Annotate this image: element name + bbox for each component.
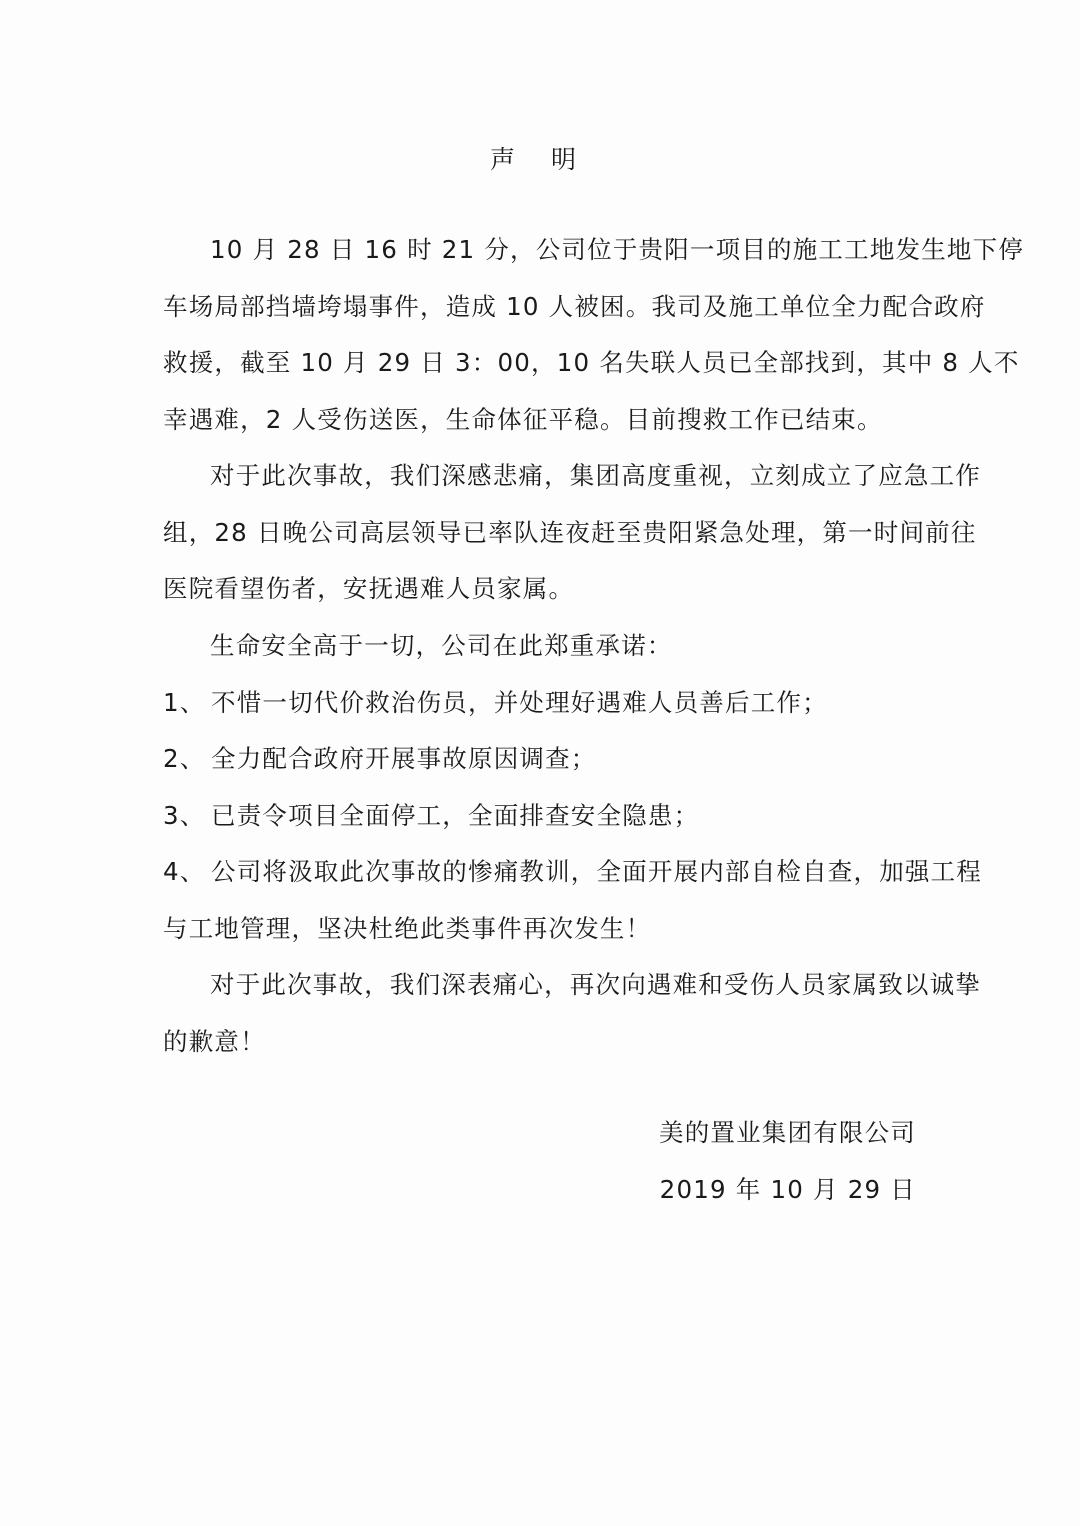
paragraph-2-line-3: 医院看望伤者，安抚遇难人员家属。 (163, 569, 923, 609)
commitment-2: 2、全力配合政府开展事故原因调查； (163, 739, 923, 779)
paragraph-1-line-3: 救援，截至 10 月 29 日 3：00，10 名失联人员已全部找到，其中 8 … (163, 343, 923, 383)
commitment-text: 已责令项目全面停工，全面排查安全隐患； (211, 801, 699, 830)
paragraph-1-line-2: 车场局部挡墙垮塌事件，造成 10 人被困。我司及施工单位全力配合政府 (163, 287, 923, 327)
closing-line-2: 的歉意！ (163, 1022, 923, 1062)
document-title: 声 明 (0, 140, 1080, 180)
commitment-4: 4、公司将汲取此次事故的惨痛教训，全面开展内部自检自查，加强工程 (163, 852, 923, 892)
commitment-text: 全力配合政府开展事故原因调查； (211, 744, 597, 773)
paragraph-1-line-4: 幸遇难，2 人受伤送医，生命体征平稳。目前搜救工作已结束。 (163, 400, 923, 440)
commitment-number: 4、 (163, 852, 211, 892)
commitment-text: 公司将汲取此次事故的惨痛教训，全面开展内部自检自查，加强工程 (211, 857, 982, 886)
paragraph-1-line-1: 10 月 28 日 16 时 21 分，公司位于贵阳一项目的施工工地发生地下停 (210, 230, 970, 270)
commitment-number: 3、 (163, 796, 211, 836)
paragraph-2-line-1: 对于此次事故，我们深感悲痛，集团高度重视，立刻成立了应急工作 (210, 456, 970, 496)
commitment-text: 不惜一切代价救治伤员，并处理好遇难人员善后工作； (211, 688, 828, 717)
commitment-3: 3、已责令项目全面停工，全面排查安全隐患； (163, 796, 923, 836)
document-page: 声 明 10 月 28 日 16 时 21 分，公司位于贵阳一项目的施工工地发生… (0, 0, 1080, 1526)
commitment-1: 1、不惜一切代价救治伤员，并处理好遇难人员善后工作； (163, 683, 923, 723)
paragraph-2-line-2: 组，28 日晚公司高层领导已率队连夜赶至贵阳紧急处理，第一时间前往 (163, 513, 923, 553)
paragraph-3-line-1: 生命安全高于一切，公司在此郑重承诺： (210, 626, 970, 666)
commitment-number: 2、 (163, 739, 211, 779)
signature-date: 2019 年 10 月 29 日 (660, 1170, 916, 1210)
signature-company: 美的置业集团有限公司 (659, 1113, 916, 1153)
commitment-number: 1、 (163, 683, 211, 723)
commitment-4-line-2: 与工地管理，坚决杜绝此类事件再次发生！ (163, 909, 923, 949)
closing-line-1: 对于此次事故，我们深表痛心，再次向遇难和受伤人员家属致以诚挚 (210, 965, 970, 1005)
